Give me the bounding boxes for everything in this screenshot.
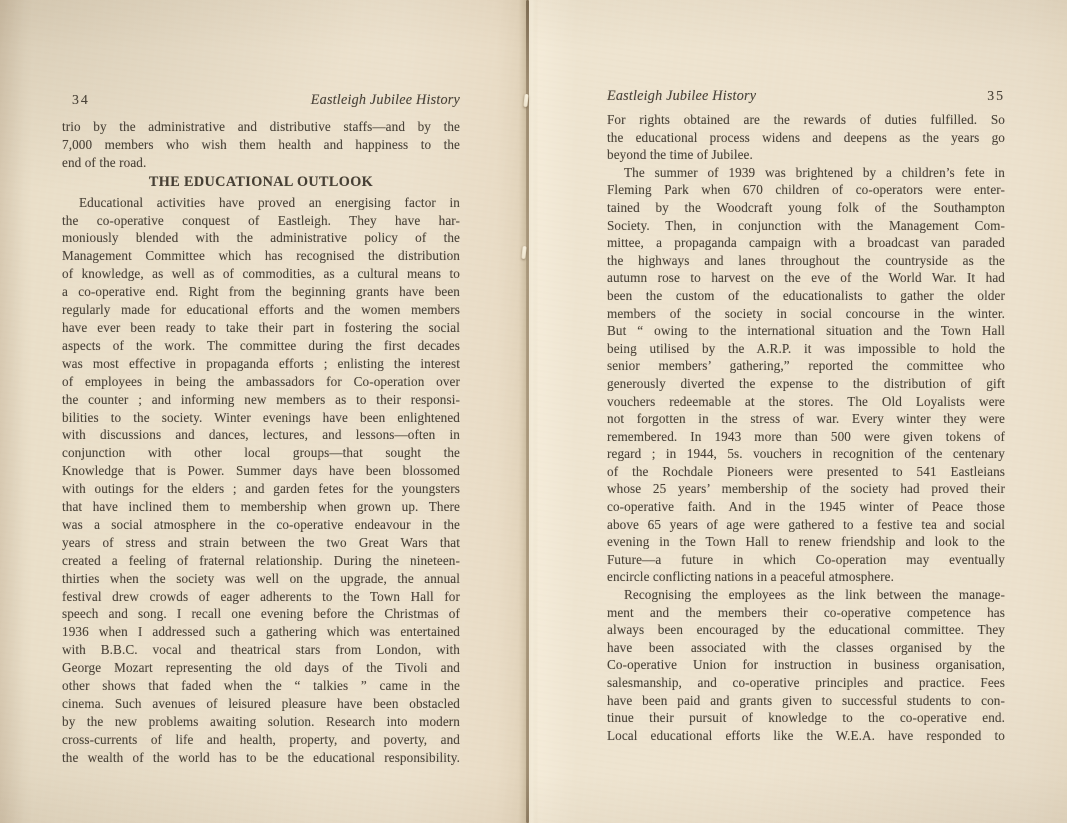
text-line: conjunction with other local groups—that… xyxy=(62,444,460,462)
text-line: that have inclined them to membership wh… xyxy=(62,498,460,516)
page-body-left: trio by the administrative and distribut… xyxy=(62,118,460,767)
page-number-left: 34 xyxy=(72,92,90,108)
text-line: Knowledge that is Power. Summer days hav… xyxy=(62,462,460,480)
text-line: bilities to the society. Winter evenings… xyxy=(62,409,460,427)
text-line: was most effective in propaganda efforts… xyxy=(62,355,460,373)
text-line: by the new problems awaiting solution. R… xyxy=(62,713,460,731)
text-line: Co-operative Union for instruction in bu… xyxy=(607,656,1005,674)
text-line: the counter ; and informing new members … xyxy=(62,391,460,409)
text-line: encircle conflicting nations in a peacef… xyxy=(607,568,1005,586)
binding-stitch-top xyxy=(523,94,528,107)
text-line: above 65 years of age were gathered to a… xyxy=(607,516,1005,534)
text-line: ment and the members their co-operative … xyxy=(607,604,1005,622)
page-header-left: 34 Eastleigh Jubilee History xyxy=(62,92,460,109)
text-line: years of stress and strain between the t… xyxy=(62,534,460,552)
text-line: cinema. Such avenues of leisured pleasur… xyxy=(62,695,460,713)
text-line: of employees in being the ambassadors fo… xyxy=(62,373,460,391)
text-line: beyond the time of Jubilee. xyxy=(607,146,1005,164)
text-line: aspects of the work. The committee durin… xyxy=(62,337,460,355)
text-line: Management Committee which has recognise… xyxy=(62,247,460,265)
text-line: thirties when the society was well on th… xyxy=(62,570,460,588)
book-spread: 34 Eastleigh Jubilee History trio by the… xyxy=(0,0,1067,823)
text-line: The summer of 1939 was brightened by a c… xyxy=(607,164,1005,182)
paragraph: The summer of 1939 was brightened by a c… xyxy=(607,164,1005,586)
page-number-right: 35 xyxy=(987,88,1005,104)
text-line: regularly made for educational efforts a… xyxy=(62,301,460,319)
text-line: the highways and lanes throughout the co… xyxy=(607,252,1005,270)
text-line: vouchers redeemable at the stores. The O… xyxy=(607,393,1005,411)
text-line: created a feeling of fraternal relations… xyxy=(62,552,460,570)
paragraph: Educational activities have proved an en… xyxy=(62,194,460,767)
text-line: speech and song. I recall one evening be… xyxy=(62,605,460,623)
running-header-left: Eastleigh Jubilee History xyxy=(311,92,460,109)
text-line: 7,000 members who wish them health and h… xyxy=(62,136,460,154)
text-line: senior members’ gathering,” reported the… xyxy=(607,357,1005,375)
text-line: with outings for the elders ; and garden… xyxy=(62,480,460,498)
text-line: moniously blended with the administrativ… xyxy=(62,229,460,247)
text-line: evening in the Town Hall to renew friend… xyxy=(607,533,1005,551)
paragraph: trio by the administrative and distribut… xyxy=(62,118,460,172)
text-line: tained by the Woodcraft young folk of th… xyxy=(607,199,1005,217)
text-line: have been paid and grants given to succe… xyxy=(607,692,1005,710)
text-line: Society. Then, in conjunction with the M… xyxy=(607,217,1005,235)
text-line: remembered. In 1943 more than 500 were g… xyxy=(607,428,1005,446)
text-line: 1936 when I addressed such a gathering w… xyxy=(62,623,460,641)
text-line: Fleming Park when 670 children of co-ope… xyxy=(607,181,1005,199)
text-line: always been encouraged by the educationa… xyxy=(607,621,1005,639)
running-header-right: Eastleigh Jubilee History xyxy=(607,88,756,105)
text-line: For rights obtained are the rewards of d… xyxy=(607,111,1005,129)
text-line: trio by the administrative and distribut… xyxy=(62,118,460,136)
text-line: not forgotten in the stress of war. Ever… xyxy=(607,410,1005,428)
text-line: end of the road. xyxy=(62,154,460,172)
text-line: of knowledge, as well as of commodities,… xyxy=(62,265,460,283)
gutter-crease xyxy=(515,0,543,823)
text-line: salesmanship, and co-operative principle… xyxy=(607,674,1005,692)
text-line: whose 25 years’ membership of the societ… xyxy=(607,480,1005,498)
text-line: mittee, a propaganda campaign with a bro… xyxy=(607,234,1005,252)
text-line: a co-operative end. Right from the begin… xyxy=(62,283,460,301)
text-line: the educational process widens and deepe… xyxy=(607,129,1005,147)
section-heading: THE EDUCATIONAL OUTLOOK xyxy=(62,174,460,192)
text-line: cross-currents of life and health, prope… xyxy=(62,731,460,749)
text-line: was a social atmosphere in the co-operat… xyxy=(62,516,460,534)
text-line: the co-operative conquest of Eastleigh. … xyxy=(62,212,460,230)
text-line: festival drew crowds of eager adherents … xyxy=(62,588,460,606)
text-line: But “ owing to the international situati… xyxy=(607,322,1005,340)
text-line: George Mozart representing the old days … xyxy=(62,659,460,677)
text-line: members of the society in social concour… xyxy=(607,305,1005,323)
text-line: of the Rochdale Pioneers were presented … xyxy=(607,463,1005,481)
text-line: Recognising the employees as the link be… xyxy=(607,586,1005,604)
text-line: tinue their pursuit of knowledge to the … xyxy=(607,709,1005,727)
paragraph: Recognising the employees as the link be… xyxy=(607,586,1005,744)
text-line: generously diverted the expense to the d… xyxy=(607,375,1005,393)
paragraph: For rights obtained are the rewards of d… xyxy=(607,111,1005,164)
page-header-right: Eastleigh Jubilee History 35 xyxy=(607,88,1005,105)
text-line: with discussions and dances, lectures, a… xyxy=(62,426,460,444)
text-line: being utilised by the A.R.P. it was impo… xyxy=(607,340,1005,358)
text-line: with B.B.C. vocal and theatrical stars f… xyxy=(62,641,460,659)
text-line: autumn rose to harvest on the eve of the… xyxy=(607,269,1005,287)
text-line: regard ; in 1944, 5s. vouchers in recogn… xyxy=(607,445,1005,463)
text-line: have been associated with the classes or… xyxy=(607,639,1005,657)
text-line: Local educational efforts like the W.E.A… xyxy=(607,727,1005,745)
text-line: other shows that faded when the “ talkie… xyxy=(62,677,460,695)
text-line: Future—a future in which Co-operation ma… xyxy=(607,551,1005,569)
binding-stitch-bottom xyxy=(521,246,526,259)
text-line: co-operative faith. And in the 1945 wint… xyxy=(607,498,1005,516)
text-line: been the custom of the educationalists t… xyxy=(607,287,1005,305)
text-line: have ever been ready to take their part … xyxy=(62,319,460,337)
text-line: Educational activities have proved an en… xyxy=(62,194,460,212)
page-body-right: For rights obtained are the rewards of d… xyxy=(607,111,1005,744)
text-line: the wealth of the world has to be the ed… xyxy=(62,749,460,767)
